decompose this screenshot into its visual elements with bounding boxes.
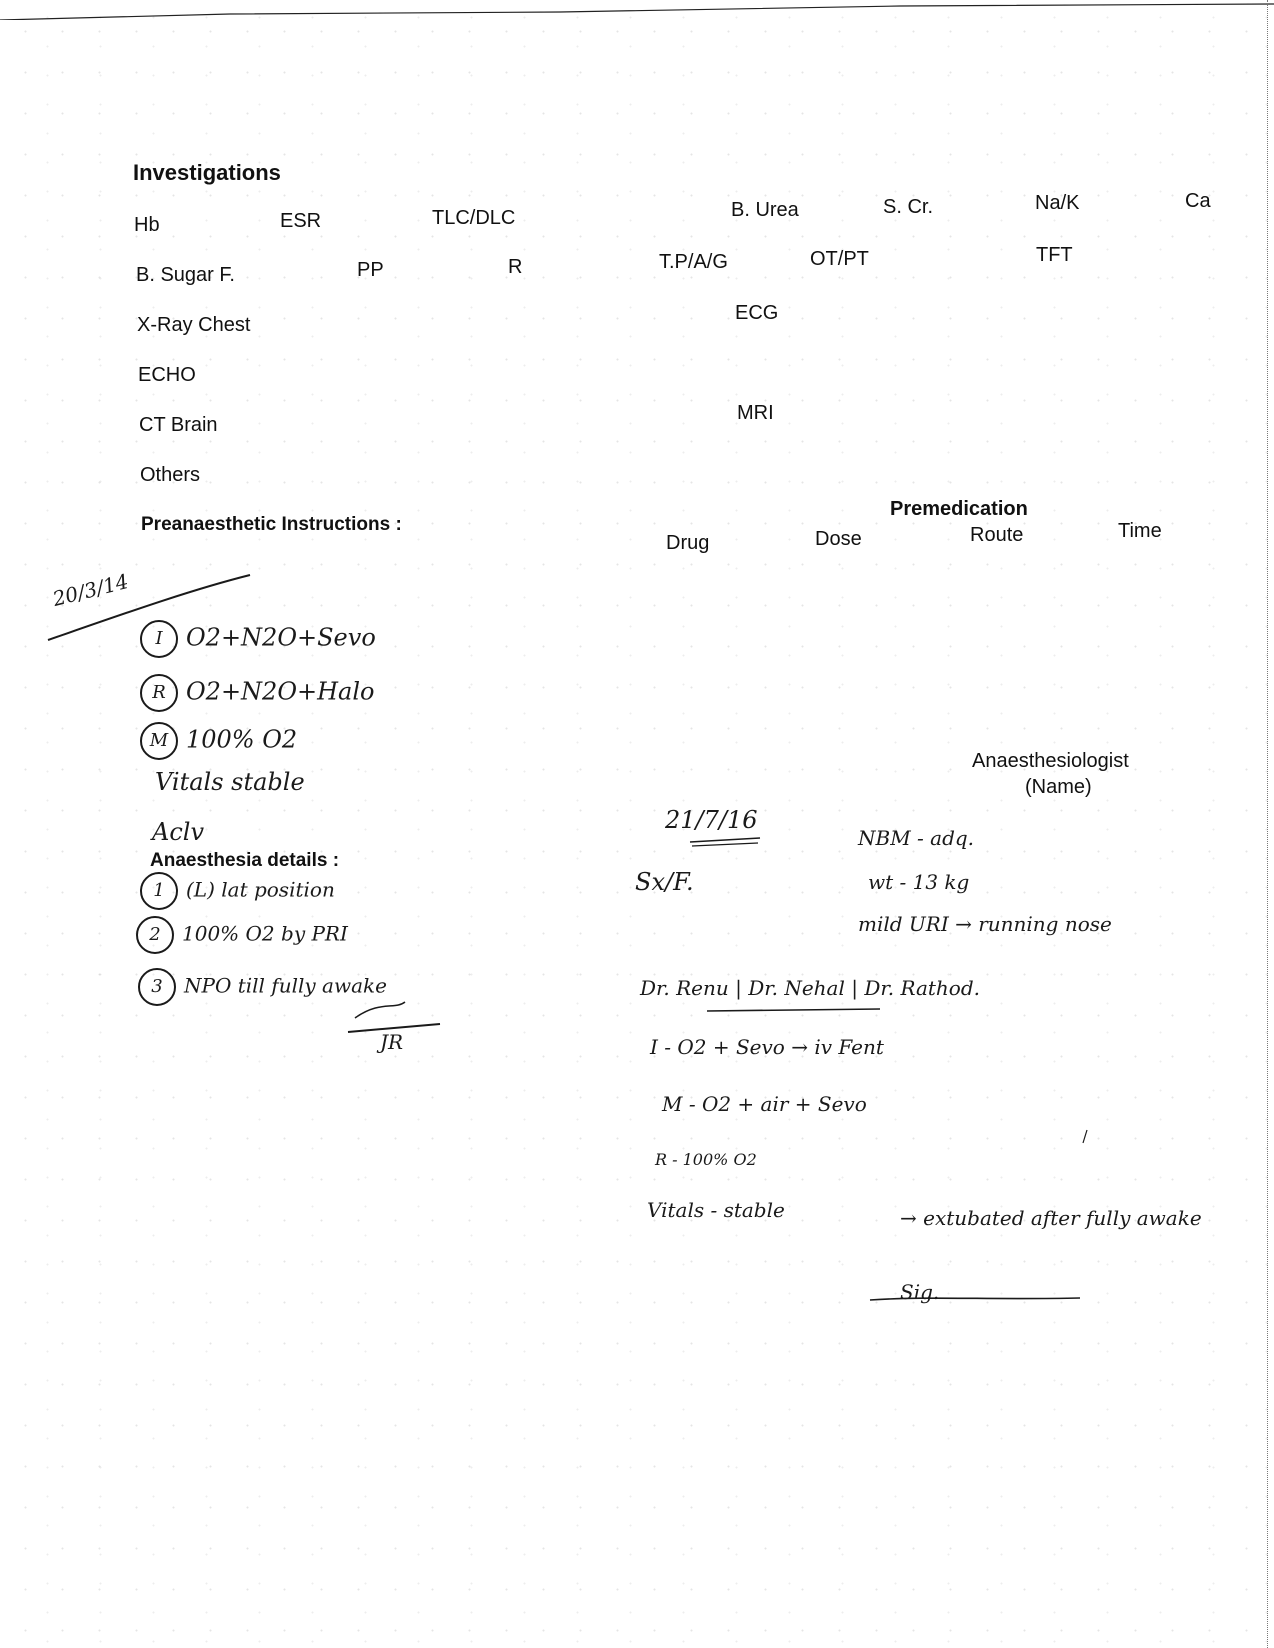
hw-left-tail: Aclv <box>152 818 204 846</box>
hw-right-surgeons: Dr. Renu | Dr. Nehal | Dr. Rathod. <box>640 976 980 1000</box>
hw-text: 100% O2 by PRI <box>182 922 348 946</box>
hw-right-vitals: Vitals - stable <box>647 1198 785 1222</box>
hw-right-note-3: mild URI → running nose <box>858 912 1112 936</box>
hw-details-line-3: 3NPO till fully awake <box>138 968 387 1006</box>
label-na-k: Na/K <box>1035 192 1079 215</box>
hw-text: (L) lat position <box>186 878 335 902</box>
hw-right-procedure: Sx/F. <box>635 868 694 896</box>
label-echo: ECHO <box>138 364 196 387</box>
hw-right-reversal: R - 100% O2 <box>655 1150 757 1169</box>
hw-left-signature: JR <box>380 1030 403 1054</box>
hw-right-induction: I - O2 + Sevo → iv Fent <box>650 1035 884 1059</box>
label-r: R <box>508 256 522 279</box>
hw-text: O2+N2O+Sevo <box>186 624 376 652</box>
page-right-edge <box>1265 0 1268 1648</box>
premed-col-drug: Drug <box>666 532 709 555</box>
hw-right-date: 21/7/16 <box>665 806 758 834</box>
label-tp-a-g: T.P/A/G <box>659 251 728 274</box>
label-ct-brain: CT Brain <box>139 414 218 437</box>
hw-marker-circle: R <box>140 674 178 712</box>
label-ecg: ECG <box>735 302 778 325</box>
hw-left-line-1: IO2+N2O+Sevo <box>140 620 376 658</box>
label-xray-chest: X-Ray Chest <box>137 314 250 337</box>
label-mri: MRI <box>737 402 774 425</box>
anaesthesiologist-name-label: (Name) <box>1025 776 1092 799</box>
label-tlc-dlc: TLC/DLC <box>432 207 515 230</box>
hw-right-maintenance: M - O2 + air + Sevo <box>662 1092 867 1116</box>
hw-marker-circle: I <box>140 620 178 658</box>
label-ca: Ca <box>1185 190 1211 213</box>
label-tft: TFT <box>1036 244 1073 267</box>
premedication-heading: Premedication <box>890 498 1028 521</box>
hw-marker-circle: 3 <box>138 968 176 1006</box>
label-ot-pt: OT/PT <box>810 248 869 271</box>
preanaesthetic-heading: Preanaesthetic Instructions : <box>141 514 402 536</box>
anaesthesia-details-heading: Anaesthesia details : <box>150 850 339 872</box>
hw-text: NPO till fully awake <box>184 974 387 998</box>
label-esr: ESR <box>280 210 321 233</box>
hw-left-line-3: M100% O2 <box>140 722 297 760</box>
label-b-urea: B. Urea <box>731 199 799 222</box>
label-pp: PP <box>357 259 384 282</box>
page-top-edge <box>0 0 1274 20</box>
hw-right-signature: Sig. <box>900 1280 939 1304</box>
premed-col-dose: Dose <box>815 528 862 551</box>
hw-right-note-2: wt - 13 kg <box>868 870 969 894</box>
anaesthesia-record-page: Investigations Hb ESR TLC/DLC B. Sugar F… <box>0 0 1274 1648</box>
anaesthesiologist-title: Anaesthesiologist <box>972 750 1129 773</box>
hw-right-extubation: → extubated after fully awake <box>900 1206 1202 1230</box>
hw-right-note-1: NBM - adq. <box>858 826 974 850</box>
hw-text: 100% O2 <box>186 726 297 754</box>
premed-col-time: Time <box>1118 520 1162 543</box>
hw-left-vitals: Vitals stable <box>155 768 305 796</box>
hw-left-date: 20/3/14 <box>50 569 131 611</box>
hw-text: O2+N2O+Halo <box>186 678 374 706</box>
hw-details-line-2: 2100% O2 by PRI <box>136 916 348 954</box>
label-b-sugar-f: B. Sugar F. <box>136 264 235 287</box>
label-s-cr: S. Cr. <box>883 196 933 219</box>
label-hb: Hb <box>134 214 160 237</box>
hw-marker-circle: 2 <box>136 916 174 954</box>
hw-left-line-2: RO2+N2O+Halo <box>140 674 374 712</box>
label-others: Others <box>140 464 200 487</box>
hw-marker-circle: 1 <box>140 872 178 910</box>
investigations-heading: Investigations <box>133 160 281 186</box>
hw-marker-circle: M <box>140 722 178 760</box>
hw-details-line-1: 1(L) lat position <box>140 872 335 910</box>
premed-col-route: Route <box>970 524 1023 547</box>
